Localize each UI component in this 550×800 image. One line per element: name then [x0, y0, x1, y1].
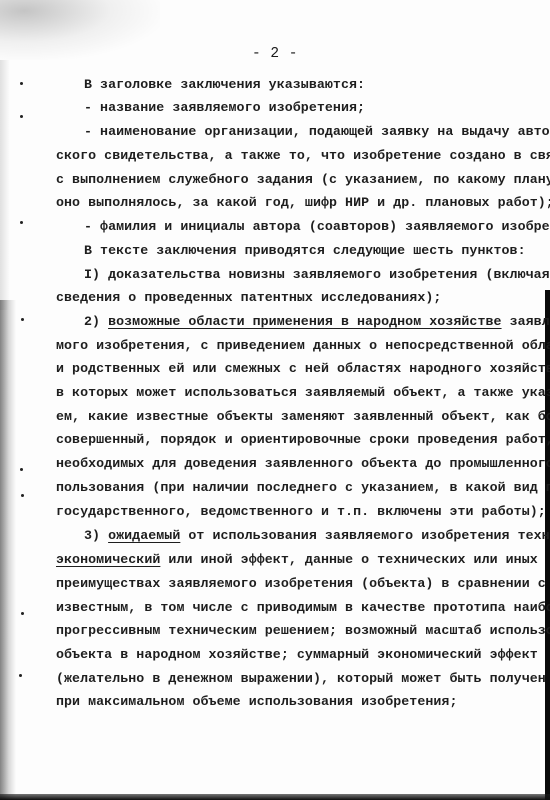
text-line: необходимых для доведения заявленного об…: [56, 456, 550, 471]
text-segment: - название заявляемого изобретения;: [84, 100, 365, 115]
text-line: оно выполнялось, за какой год, шифр НИР …: [56, 195, 550, 210]
text-line: - название заявляемого изобретения;: [84, 100, 365, 115]
text-segment: оно выполнялось, за какой год, шифр НИР …: [56, 195, 550, 210]
text-segment: ем, какие известные объекты заменяют зая…: [56, 409, 550, 424]
text-segment: или иной эффект, данные о технических ил…: [160, 552, 537, 567]
text-segment: от использования заявляемого изобретения…: [180, 528, 550, 543]
scan-edge-shadow: [0, 300, 16, 800]
text-segment: и родственных ей или смежных с ней облас…: [56, 361, 550, 376]
text-line: объекта в народном хозяйстве; суммарный …: [56, 647, 538, 662]
text-line: прогрессивным техническим решением; возм…: [56, 623, 550, 638]
text-segment: прогрессивным техническим решением; возм…: [56, 623, 550, 638]
text-line: 3) ожидаемый от использования заявляемог…: [84, 528, 550, 543]
scan-edge-shadow: [0, 60, 10, 310]
text-segment: - наименование организации, подающей зая…: [84, 124, 550, 139]
text-segment: в которых может использоваться заявляемы…: [56, 385, 550, 400]
text-segment: преимуществах заявляемого изобретения (о…: [56, 576, 546, 591]
text-segment: 3): [84, 528, 108, 543]
text-line: ем, какие известные объекты заменяют зая…: [56, 409, 550, 424]
margin-mark: [20, 82, 23, 85]
text-segment: пользования (при наличии последнего с ук…: [56, 480, 550, 495]
text-line: 2) возможные области применения в народн…: [84, 314, 550, 329]
underlined-text: ожидаемый: [108, 528, 180, 543]
text-line: с выполнением служебного задания (с указ…: [56, 172, 550, 187]
text-segment: В тексте заключения приводятся следующие…: [84, 243, 526, 258]
margin-mark: [20, 115, 23, 118]
text-segment: с выполнением служебного задания (с указ…: [56, 172, 550, 187]
underlined-text: возможные области применения в народном …: [108, 314, 501, 329]
text-segment: при максимальном объеме использования из…: [56, 694, 457, 709]
text-line: экономический или иной эффект, данные о …: [56, 552, 538, 567]
text-segment: объекта в народном хозяйстве; суммарный …: [56, 647, 538, 662]
margin-mark: [20, 221, 23, 224]
text-line: (желательно в денежном выражении), котор…: [56, 671, 546, 686]
margin-mark: [21, 612, 24, 615]
text-line: - наименование организации, подающей зая…: [84, 124, 550, 139]
text-line: и родственных ей или смежных с ней облас…: [56, 361, 550, 376]
margin-mark: [20, 468, 23, 471]
text-line: государственного, ведомственного и т.п. …: [56, 504, 546, 519]
text-line: совершенный, порядок и ориентировочные с…: [56, 432, 550, 447]
text-line: в которых может использоваться заявляемы…: [56, 385, 550, 400]
text-segment: I) доказательства новизны заявляемого из…: [84, 267, 550, 282]
margin-mark: [19, 674, 22, 677]
text-line: В тексте заключения приводятся следующие…: [84, 243, 526, 258]
text-segment: сведения о проведенных патентных исследо…: [56, 290, 441, 305]
margin-mark: [21, 318, 24, 321]
text-line: сведения о проведенных патентных исследо…: [56, 290, 441, 305]
text-segment: мого изобретения, с приведением данных о…: [56, 338, 550, 353]
page-number: - 2 -: [0, 46, 550, 62]
text-segment: В заголовке заключения указываются:: [84, 77, 365, 92]
text-line: известным, в том числе с приводимым в ка…: [56, 600, 550, 615]
underlined-text: экономический: [56, 552, 160, 567]
text-segment: необходимых для доведения заявленного об…: [56, 456, 550, 471]
text-line: при максимальном объеме использования из…: [56, 694, 457, 709]
text-line: I) доказательства новизны заявляемого из…: [84, 267, 550, 282]
text-line: мого изобретения, с приведением данных о…: [56, 338, 550, 353]
text-line: пользования (при наличии последнего с ук…: [56, 480, 550, 495]
text-segment: государственного, ведомственного и т.п. …: [56, 504, 546, 519]
text-segment: ского свидетельства, а также то, что изо…: [56, 148, 550, 163]
margin-mark: [21, 494, 24, 497]
scan-edge-border: [0, 794, 550, 800]
text-line: ского свидетельства, а также то, что изо…: [56, 148, 550, 163]
text-segment: (желательно в денежном выражении), котор…: [56, 671, 546, 686]
document-page: - 2 - В заголовке заключения указываются…: [0, 0, 550, 800]
text-line: В заголовке заключения указываются:: [84, 77, 365, 92]
text-segment: известным, в том числе с приводимым в ка…: [56, 600, 550, 615]
text-segment: заявляе-: [502, 314, 550, 329]
text-segment: - фамилия и инициалы автора (соавторов) …: [84, 219, 550, 234]
text-line: преимуществах заявляемого изобретения (о…: [56, 576, 546, 591]
text-segment: 2): [84, 314, 108, 329]
text-segment: совершенный, порядок и ориентировочные с…: [56, 432, 550, 447]
text-line: - фамилия и инициалы автора (соавторов) …: [84, 219, 550, 234]
